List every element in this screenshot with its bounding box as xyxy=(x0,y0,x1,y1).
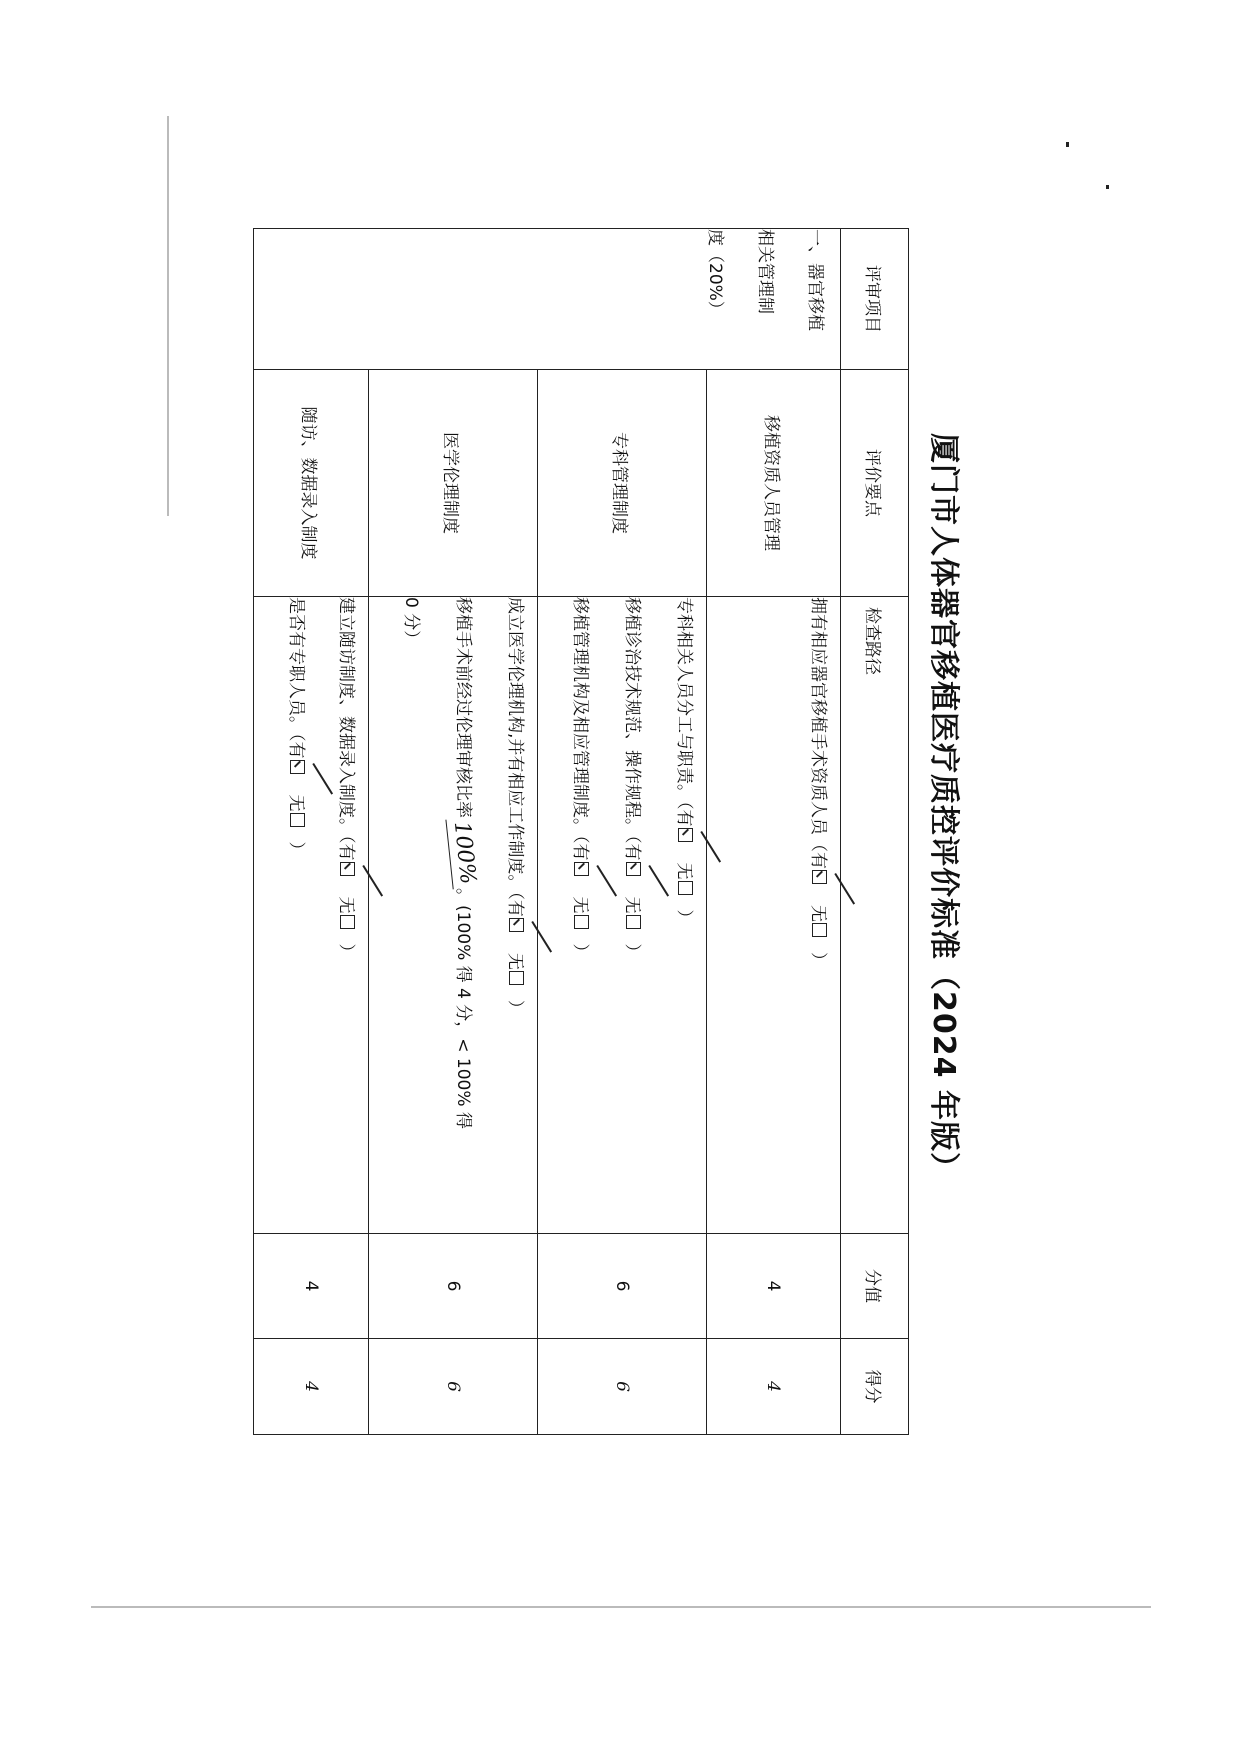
close-paren: ） xyxy=(674,910,694,927)
handwritten-score: 4 xyxy=(707,1339,841,1435)
close-paren: ） xyxy=(622,944,642,961)
no-checkbox[interactable] xyxy=(509,971,524,985)
document-title: 厦门市人体器官移植医疗质控评价标准（2024 年版） xyxy=(925,433,969,1223)
category-line: 一、器官移植 xyxy=(790,229,840,369)
inspection-path: 拥有相应器官移植手术资质人员（有无） xyxy=(707,597,841,1234)
no-label: 无 xyxy=(505,953,525,970)
no-label: 无 xyxy=(622,897,642,914)
evaluation-point: 移植资质人员管理 xyxy=(707,370,841,597)
check-text: 移植诊治技术规范、操作规程。 xyxy=(622,597,642,835)
yes-checkbox-checked[interactable] xyxy=(626,862,641,876)
rate-text: 移植手术前经过伦理审核比率 xyxy=(453,597,473,818)
check-item: 成立医学伦理机构,并有相应工作制度。（有无） xyxy=(485,597,537,1233)
handwritten-score: 6 xyxy=(369,1339,538,1435)
close-paren: ） xyxy=(570,944,590,961)
inspection-path: 成立医学伦理机构,并有相应工作制度。（有无） 移植手术前经过伦理审核比率100%… xyxy=(369,597,538,1234)
handwritten-score: 6 xyxy=(538,1339,707,1435)
inspection-path: 专科相关人员分工与职责。（有无） 移植诊治技术规范、操作规程。（有无） 移植管理… xyxy=(538,597,707,1234)
yes-label: （有 xyxy=(808,835,828,869)
scan-edge-line-right xyxy=(91,1606,1151,1608)
no-checkbox[interactable] xyxy=(574,915,589,929)
check-text: 是否有专职人员。 xyxy=(286,597,306,733)
header-inspection-path: 检查路径 xyxy=(841,597,909,1234)
check-item: 移植诊治技术规范、操作规程。（有无） xyxy=(602,597,654,1233)
table-row: 一、器官移植 相关管理制 度（20%） 移植资质人员管理 拥有相应器官移植手术资… xyxy=(707,229,841,1435)
table-row: 随访、数据录入制度 建立随访制度、数据录入制度。（有无） 是否有专职人员。（有无… xyxy=(254,229,369,1435)
table-row: 专科管理制度 专科相关人员分工与职责。（有无） 移植诊治技术规范、操作规程。（有… xyxy=(538,229,707,1435)
table-header-row: 评审项目 评价要点 检查路径 分值 得分 xyxy=(841,229,909,1435)
no-label: 无 xyxy=(674,863,694,880)
evaluation-point: 医学伦理制度 xyxy=(369,370,538,597)
header-review-item: 评审项目 xyxy=(841,229,909,370)
check-text: 建立随访制度、数据录入制度。 xyxy=(336,597,356,835)
point-value: 4 xyxy=(707,1234,841,1339)
rate-scoring-rule: 。(100% 得 4 分，< 100% 得 xyxy=(453,888,473,1129)
yes-checkbox-checked[interactable] xyxy=(812,870,827,884)
point-value: 4 xyxy=(254,1234,369,1339)
yes-checkbox-checked[interactable] xyxy=(574,862,589,876)
close-paren: ） xyxy=(505,1000,525,1017)
category-line: 度（20%） xyxy=(690,229,740,369)
table-row: 医学伦理制度 成立医学伦理机构,并有相应工作制度。（有无） 移植手术前经过伦理审… xyxy=(369,229,538,1435)
close-paren: ） xyxy=(808,952,828,969)
yes-checkbox-checked[interactable] xyxy=(678,828,693,842)
point-value: 6 xyxy=(369,1234,538,1339)
close-paren: ） xyxy=(286,842,306,859)
handwritten-score: 4 xyxy=(254,1339,369,1435)
no-label: 无 xyxy=(286,795,306,812)
scanned-page: 厦门市人体器官移植医疗质控评价标准（2024 年版） 评审项目 评价要点 检查路… xyxy=(0,0,1241,1755)
no-label: 无 xyxy=(570,897,590,914)
scan-edge-line-left xyxy=(168,116,170,516)
yes-label: （有 xyxy=(622,835,642,861)
check-item: 是否有专职人员。（有无） xyxy=(268,597,318,1233)
header-value: 分值 xyxy=(841,1234,909,1339)
check-item: 移植管理机构及相应管理制度。（有无） xyxy=(550,597,602,1233)
yes-label: （有 xyxy=(505,891,525,917)
no-checkbox[interactable] xyxy=(626,915,641,929)
no-checkbox[interactable] xyxy=(290,813,305,827)
header-evaluation-point: 评价要点 xyxy=(841,370,909,597)
review-item-category: 一、器官移植 相关管理制 度（20%） xyxy=(254,229,841,370)
no-checkbox[interactable] xyxy=(678,881,693,895)
yes-label: （有 xyxy=(286,733,306,759)
scan-speck xyxy=(1106,185,1109,189)
inspection-path: 建立随访制度、数据录入制度。（有无） 是否有专职人员。（有无） xyxy=(254,597,369,1234)
check-item: 专科相关人员分工与职责。（有无） xyxy=(654,597,706,1233)
category-line: 相关管理制 xyxy=(740,229,790,369)
no-label: 无 xyxy=(336,897,356,914)
check-text: 成立医学伦理机构,并有相应工作制度。 xyxy=(505,597,525,891)
no-checkbox[interactable] xyxy=(340,915,355,929)
rate-line: 移植手术前经过伦理审核比率100%。(100% 得 4 分，< 100% 得 xyxy=(433,597,485,1233)
yes-label: （有 xyxy=(674,801,694,827)
evaluation-point: 随访、数据录入制度 xyxy=(254,370,369,597)
yes-checkbox-checked[interactable] xyxy=(340,862,355,876)
handwritten-rate-input[interactable]: 100% xyxy=(445,817,481,890)
evaluation-table: 评审项目 评价要点 检查路径 分值 得分 一、器官移植 相关管理制 度（20%）… xyxy=(253,228,909,1435)
no-label: 无 xyxy=(808,905,828,922)
check-item: 拥有相应器官移植手术资质人员（有无） xyxy=(788,597,840,1233)
check-text: 移植管理机构及相应管理制度。 xyxy=(570,597,590,835)
check-text: 拥有相应器官移植手术资质人员 xyxy=(808,597,828,835)
yes-label: （有 xyxy=(570,835,590,861)
close-paren: ） xyxy=(336,944,356,961)
yes-checkbox-checked[interactable] xyxy=(509,918,524,932)
rate-line-continuation: 0 分） xyxy=(381,597,433,1233)
check-item: 建立随访制度、数据录入制度。（有无） xyxy=(318,597,368,1233)
scan-speck xyxy=(1066,142,1069,147)
evaluation-point: 专科管理制度 xyxy=(538,370,707,597)
no-checkbox[interactable] xyxy=(812,923,827,937)
yes-checkbox-checked[interactable] xyxy=(290,760,305,774)
yes-label: （有 xyxy=(336,835,356,861)
point-value: 6 xyxy=(538,1234,707,1339)
header-score: 得分 xyxy=(841,1339,909,1435)
check-text: 专科相关人员分工与职责。 xyxy=(674,597,694,801)
